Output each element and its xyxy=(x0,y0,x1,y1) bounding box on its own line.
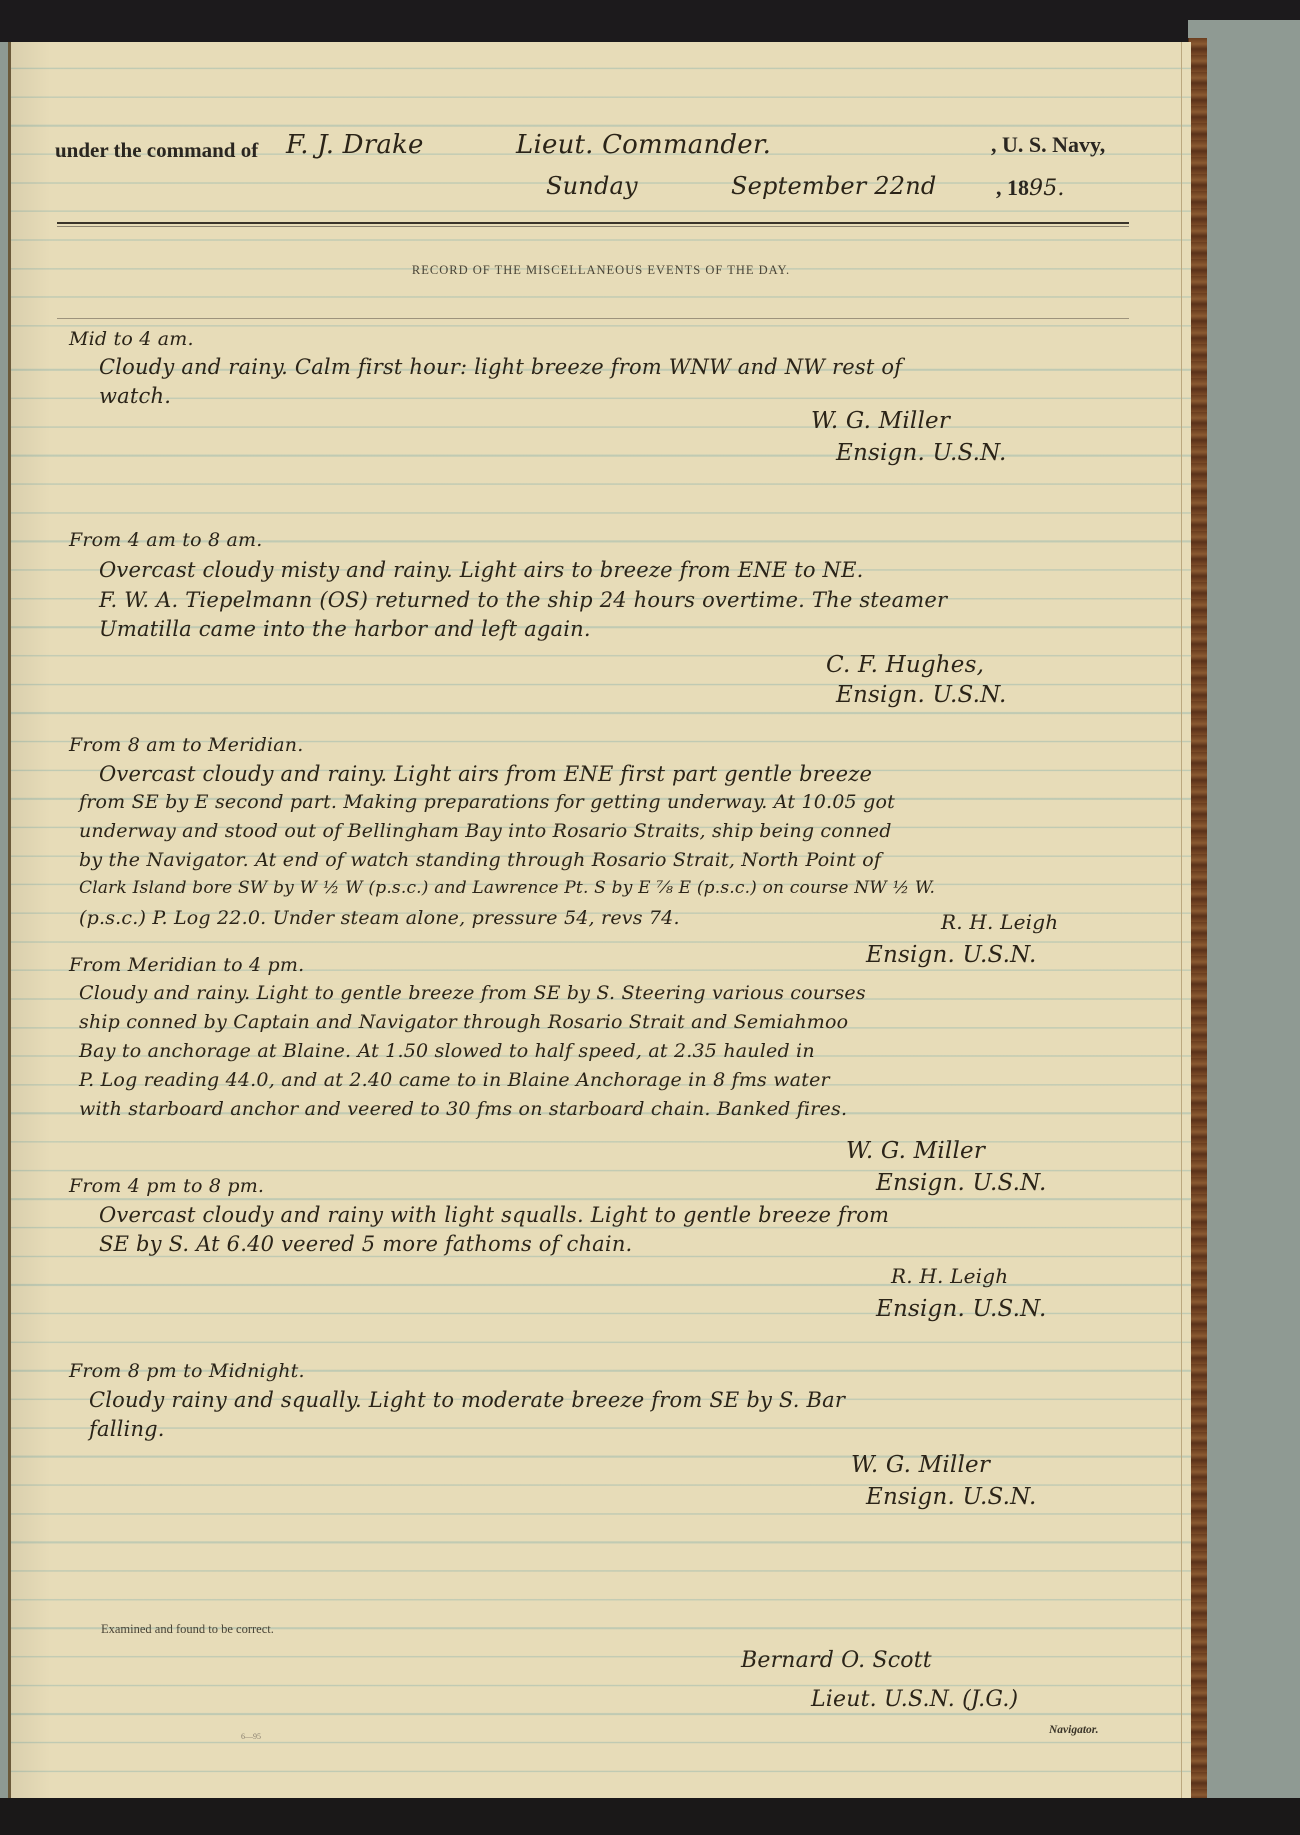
page-margin-line xyxy=(1181,42,1182,1802)
entry-line: Cloudy and rainy. Light to gentle breeze… xyxy=(79,982,866,1004)
entry-line: Umatilla came into the harbor and left a… xyxy=(99,617,591,641)
officer-rank: Ensign. U.S.N. xyxy=(836,440,1007,466)
form-number: 6—95 xyxy=(241,1732,261,1741)
officer-signature: C. F. Hughes, xyxy=(826,652,984,678)
officer-signature: R. H. Leigh xyxy=(941,910,1058,934)
navy-label: , U. S. Navy, xyxy=(991,132,1105,158)
examined-statement: Examined and found to be correct. xyxy=(101,1622,274,1637)
day-of-week: Sunday xyxy=(546,172,638,200)
officer-signature: W. G. Miller xyxy=(811,408,950,434)
officer-signature: W. G. Miller xyxy=(846,1138,985,1164)
log-year: , 1895. xyxy=(996,175,1065,201)
entry-line: Cloudy rainy and squally. Light to moder… xyxy=(89,1388,845,1412)
officer-rank: Ensign. U.S.N. xyxy=(876,1170,1047,1196)
officer-signature: W. G. Miller xyxy=(851,1452,990,1478)
scan-top-border xyxy=(0,0,1300,42)
header-divider xyxy=(57,222,1129,224)
navigator-signature: Bernard O. Scott xyxy=(741,1648,932,1673)
entry-line: Overcast cloudy and rainy. Light airs fr… xyxy=(99,762,872,786)
officer-rank: Ensign. U.S.N. xyxy=(866,1484,1037,1510)
entry-line: Bay to anchorage at Blaine. At 1.50 slow… xyxy=(79,1040,815,1062)
officer-rank: Ensign. U.S.N. xyxy=(866,942,1037,968)
entry-line: watch. xyxy=(99,384,171,408)
entry-line: P. Log reading 44.0, and at 2.40 came to… xyxy=(79,1069,830,1091)
log-date: September 22nd xyxy=(731,172,936,200)
entry-line: SE by S. At 6.40 veered 5 more fathoms o… xyxy=(99,1232,632,1256)
header-divider-thin xyxy=(57,226,1129,227)
year-suffix: 95. xyxy=(1029,176,1065,201)
watch-header: From 4 am to 8 am. xyxy=(69,529,263,551)
title-divider xyxy=(57,318,1129,319)
watch-header: Mid to 4 am. xyxy=(69,328,194,350)
entry-line: by the Navigator. At end of watch standi… xyxy=(79,849,881,871)
year-prefix: , 18 xyxy=(996,175,1029,200)
entry-line: Overcast cloudy and rainy with light squ… xyxy=(99,1203,889,1227)
entry-line: from SE by E second part. Making prepara… xyxy=(79,791,895,813)
entry-line: F. W. A. Tiepelmann (OS) returned to the… xyxy=(99,588,947,612)
command-label: under the command of xyxy=(55,138,258,163)
entry-line: ship conned by Captain and Navigator thr… xyxy=(79,1011,848,1033)
watch-header: From 4 pm to 8 pm. xyxy=(69,1175,264,1197)
scan-bottom-border xyxy=(0,1798,1300,1835)
logbook-page: under the command of F. J. Drake Lieut. … xyxy=(8,42,1191,1802)
entry-line: (p.s.c.) P. Log 22.0. Under steam alone,… xyxy=(79,907,680,929)
entry-line: Overcast cloudy misty and rainy. Light a… xyxy=(99,558,864,582)
record-title: RECORD OF THE MISCELLANEOUS EVENTS OF TH… xyxy=(11,263,1191,278)
watch-header: From 8 am to Meridian. xyxy=(69,734,304,756)
entry-line: Cloudy and rainy. Calm first hour: light… xyxy=(99,355,902,379)
watch-header: From 8 pm to Midnight. xyxy=(69,1360,305,1382)
commander-rank: Lieut. Commander. xyxy=(516,130,771,160)
officer-signature: R. H. Leigh xyxy=(891,1264,1008,1288)
entry-line: underway and stood out of Bellingham Bay… xyxy=(79,820,892,842)
navigator-label: Navigator. xyxy=(1049,1724,1099,1736)
commander-name: F. J. Drake xyxy=(286,130,424,160)
officer-rank: Ensign. U.S.N. xyxy=(876,1296,1047,1322)
entry-line: Clark Island bore SW by W ½ W (p.s.c.) a… xyxy=(79,878,935,898)
officer-rank: Ensign. U.S.N. xyxy=(836,682,1007,708)
entry-line: with starboard anchor and veered to 30 f… xyxy=(79,1098,847,1120)
watch-header: From Meridian to 4 pm. xyxy=(69,954,304,976)
entry-line: falling. xyxy=(89,1417,165,1441)
navigator-rank: Lieut. U.S.N. (J.G.) xyxy=(811,1687,1018,1712)
